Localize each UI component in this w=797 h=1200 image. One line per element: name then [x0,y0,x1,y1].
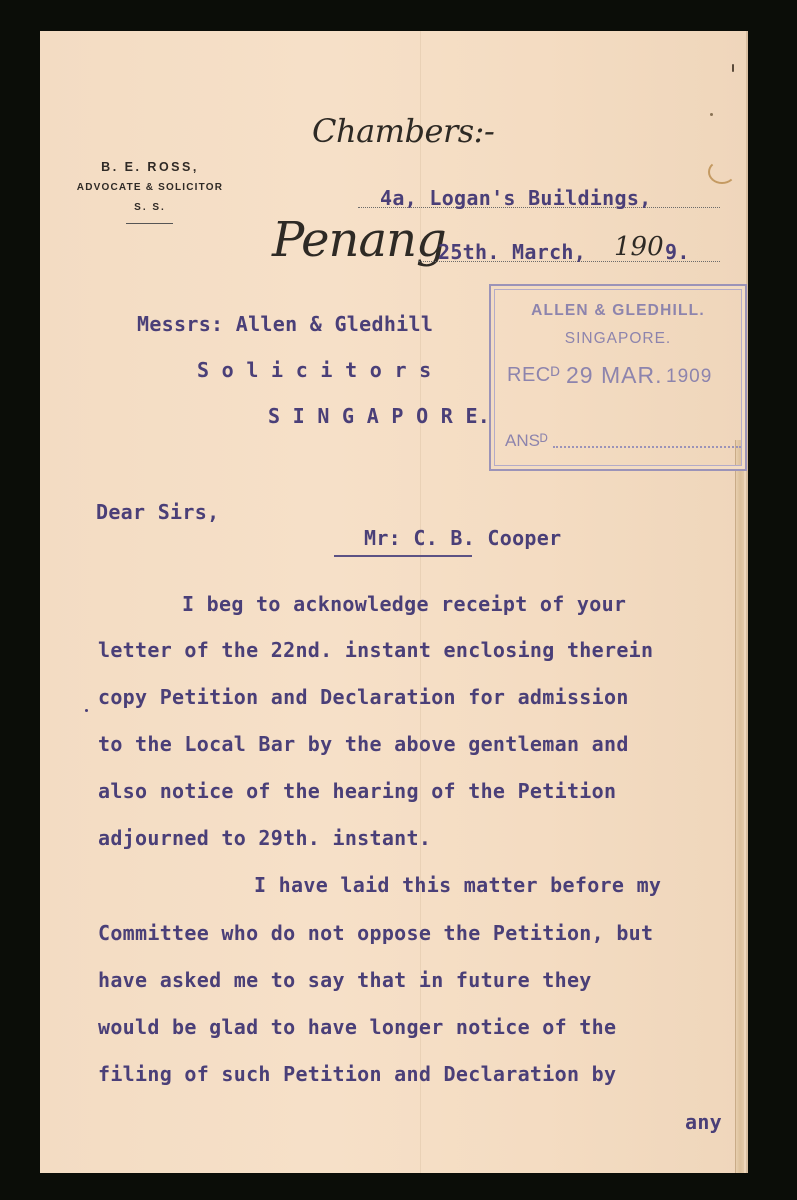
stamp-answered-line [553,446,741,448]
chambers-label: Chambers:- [312,112,494,150]
stamp-firm: ALLEN & GLEDHILL. [491,302,745,320]
address: 4a, Logan's Buildings, [380,186,652,210]
year-script: 190 [614,232,664,262]
salutation: Dear Sirs, [96,500,219,524]
received-stamp: ALLEN & GLEDHILL. SINGAPORE. RECᴰ 29 MAR… [489,284,747,471]
paragraph1-line: copy Petition and Declaration for admiss… [98,685,629,709]
catchword: any [685,1110,722,1134]
letterhead-title: ADVOCATE & SOLICITOR [58,182,242,193]
paragraph1-line: to the Local Bar by the above gentleman … [98,732,629,756]
paragraph2-line: have asked me to say that in future they [98,968,592,992]
recipient-name: Messrs: Allen & Gledhill [137,312,433,336]
recipient-city: S I N G A P O R E. [268,404,490,428]
city-script: Penang [272,212,446,268]
recipient-profession: S o l i c i t o r s [197,358,431,382]
stamp-answered-label: ANSᴰ [505,431,548,451]
letterhead-region: S. S. [60,202,240,213]
letterhead-rule [126,223,173,224]
paragraph1-line: adjourned to 29th. instant. [98,826,431,850]
paragraph2-line: I have laid this matter before my [254,873,661,897]
paper-speck [85,709,88,712]
paragraph1-line: also notice of the hearing of the Petiti… [98,779,616,803]
stamp-received-label: RECᴰ [507,364,560,387]
stamp-city: SINGAPORE. [491,330,745,348]
paragraph2-line: filing of such Petition and Declaration … [98,1062,616,1086]
stamp-received-date: 29 MAR. [566,362,662,389]
stamp-received-year: 1909 [666,366,712,388]
subject-line: Mr: C. B. Cooper [364,526,561,550]
paragraph1-line: letter of the 22nd. instant enclosing th… [98,638,653,662]
paragraph2-line: Committee who do not oppose the Petition… [98,921,653,945]
letter-date: 25th. March, [438,240,586,264]
paper-speck [710,113,713,116]
subject-underline [334,555,472,557]
paper-stain [708,160,736,184]
folded-page-edge [735,440,744,1173]
letterhead-name: B. E. ROSS, [60,160,240,174]
paragraph1-line: I beg to acknowledge receipt of your [182,592,626,616]
paragraph2-line: would be glad to have longer notice of t… [98,1015,616,1039]
year-typed: 9. [665,240,690,264]
paper-speck [732,64,734,72]
